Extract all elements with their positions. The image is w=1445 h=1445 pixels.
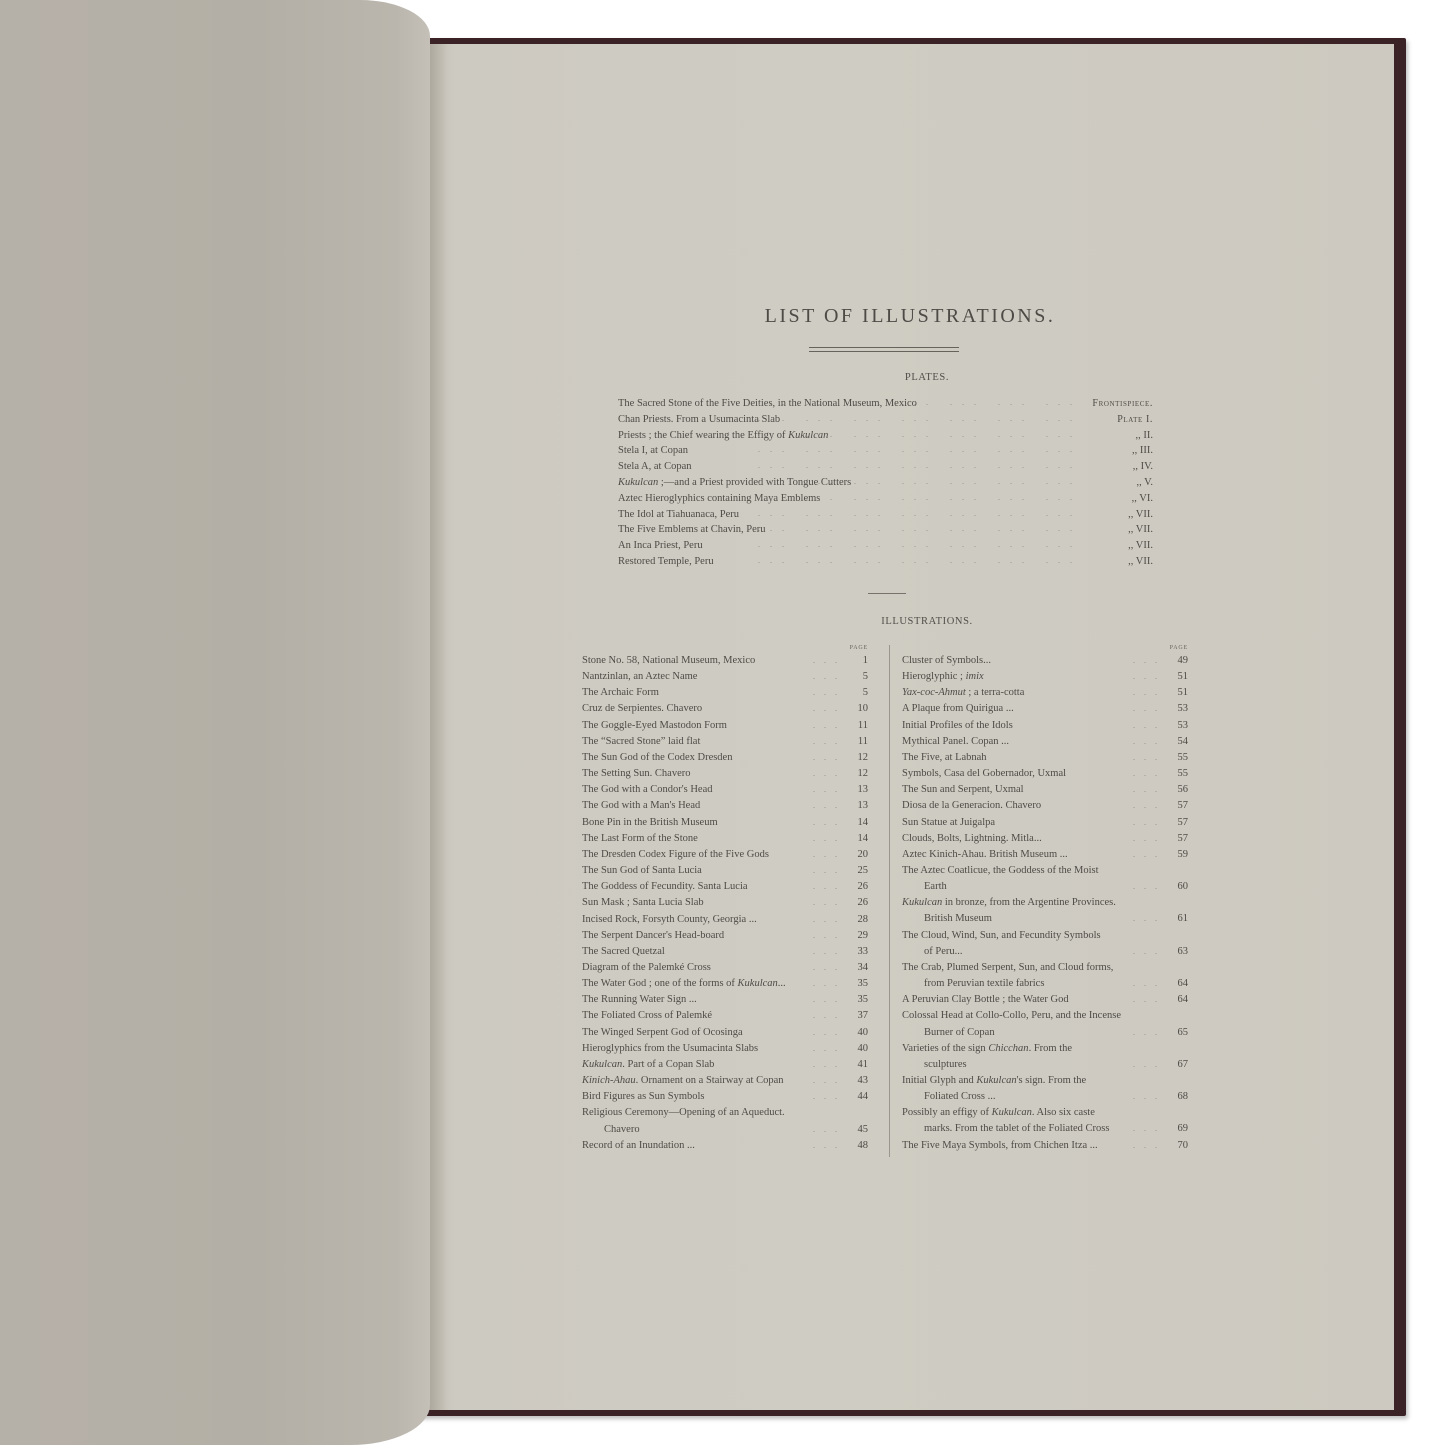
- entry-title-text: Diosa de la Generacion. Chavero: [902, 800, 1041, 811]
- entry-title-text: Hieroglyphic ;: [902, 671, 966, 682]
- illustration-title: The Serpent Dancer's Head-board: [582, 928, 724, 944]
- illustration-entry: Varieties of the sign Chicchan. From the…: [902, 1041, 1188, 1073]
- plates-list: The Sacred Stone of the Five Deities, in…: [618, 398, 1153, 572]
- plate-entry: The Sacred Stone of the Five Deities, in…: [618, 398, 1153, 414]
- illustration-entry: Clouds, Bolts, Lightning. Mitla......57: [902, 831, 1188, 847]
- illustration-entry: Bird Figures as Sun Symbols...44: [582, 1089, 868, 1105]
- leader-dots: ...: [813, 782, 846, 798]
- leader-dots: ...: [1133, 766, 1166, 782]
- entry-title-text: Nantzinlan, an Aztec Name: [582, 671, 697, 682]
- page-column-label: PAGE: [850, 645, 868, 651]
- illustration-title: Cluster of Symbols...: [902, 653, 991, 669]
- entry-title-text: The Sacred Quetzal: [582, 946, 665, 957]
- entry-title-text: Sun Mask ; Santa Lucia Slab: [582, 897, 704, 908]
- page-number: 34: [858, 960, 869, 976]
- entry-title-text: The Five, at Labnah: [902, 752, 987, 763]
- entry-title-text: Mythical Panel. Copan ...: [902, 736, 1009, 747]
- page-number: 65: [1178, 1025, 1189, 1041]
- illustration-title: Colossal Head at Collo-Collo, Peru, and …: [902, 1008, 1121, 1024]
- illustration-entry: Stone No. 58, National Museum, Mexico...…: [582, 653, 868, 669]
- entry-title-italic: Kukulcan: [582, 1059, 622, 1070]
- plate-entry: The Five Emblems at Chavin, Peru... ... …: [618, 524, 1153, 540]
- illustration-title: Cruz de Serpientes. Chavero: [582, 701, 702, 717]
- illustration-title: The Setting Sun. Chavero: [582, 766, 691, 782]
- leader-dots: ...: [813, 976, 846, 992]
- plate-entry: An Inca Priest, Peru... ... ... ... ... …: [618, 540, 1153, 556]
- entry-title-italic: imix: [966, 671, 984, 682]
- leader-dots: ... ... ... ... ... ... ... ... ...: [758, 430, 1083, 439]
- page-number: 11: [858, 734, 868, 750]
- illustration-title: The Dresden Codex Figure of the Five God…: [582, 847, 769, 863]
- page-number: 53: [1178, 718, 1189, 734]
- page-number: 64: [1178, 992, 1189, 1008]
- illustration-title: The God with a Man's Head: [582, 798, 700, 814]
- illustration-title: Stone No. 58, National Museum, Mexico: [582, 653, 755, 669]
- leader-dots: ...: [813, 1008, 846, 1024]
- illustration-entry: The Running Water Sign ......35: [582, 992, 868, 1008]
- entry-title-text: The Foliated Cross of Palemké: [582, 1010, 712, 1021]
- page-number: 14: [858, 815, 869, 831]
- page-number: 55: [1178, 766, 1189, 782]
- entry-title-text: The Last Form of the Stone: [582, 833, 698, 844]
- illustration-title: The Winged Serpent God of Ocosinga: [582, 1025, 743, 1041]
- leader-dots: ... ... ... ... ... ... ... ... ...: [758, 461, 1083, 470]
- plate-title: Restored Temple, Peru: [618, 556, 714, 567]
- plate-reference: Plate I.: [1117, 414, 1153, 425]
- entry-title-text: Clouds, Bolts, Lightning. Mitla...: [902, 833, 1042, 844]
- entry-title-text: The Dresden Codex Figure of the Five God…: [582, 849, 769, 860]
- illustration-entry: Religious Ceremony—Opening of an Aqueduc…: [582, 1105, 868, 1137]
- plate-entry: Aztec Hieroglyphics containing Maya Embl…: [618, 493, 1153, 509]
- illustration-entry: Bone Pin in the British Museum...14: [582, 815, 868, 831]
- illustration-title: Yax-coc-Ahmut ; a terra-cotta: [902, 685, 1024, 701]
- illustration-title: Mythical Panel. Copan ...: [902, 734, 1009, 750]
- page-number: 56: [1178, 782, 1189, 798]
- leader-dots: ...: [1133, 831, 1166, 847]
- page-number: 60: [1178, 879, 1189, 895]
- page-number: 43: [858, 1073, 869, 1089]
- page-number: 37: [858, 1008, 869, 1024]
- page-number: 49: [1178, 653, 1189, 669]
- illustration-entry: The Goddess of Fecundity. Santa Lucia...…: [582, 879, 868, 895]
- entry-title-text: in bronze, from the Argentine Provinces.: [942, 897, 1116, 908]
- page-number: 45: [858, 1122, 869, 1138]
- entry-title-text: Stela A, at Copan: [618, 461, 692, 472]
- illustration-title: Sun Statue at Juigalpa: [902, 815, 995, 831]
- entry-title-text: Chan Priests. From a Usumacinta Slab: [618, 414, 780, 425]
- leader-dots: ...: [1133, 815, 1166, 831]
- illustration-entry: The Dresden Codex Figure of the Five God…: [582, 847, 868, 863]
- illustration-entry: Nantzinlan, an Aztec Name...5: [582, 669, 868, 685]
- entry-title-text: Initial Profiles of the Idols: [902, 720, 1013, 731]
- entry-title-text: The Serpent Dancer's Head-board: [582, 930, 724, 941]
- entry-title-italic: Kukulcan: [738, 978, 778, 989]
- leader-dots: ...: [813, 1138, 846, 1154]
- page-number: 70: [1178, 1138, 1189, 1154]
- entry-title-italic: Kukulcan: [992, 1107, 1032, 1118]
- leader-dots: ...: [1133, 1138, 1166, 1154]
- entry-title-text: The Water God ; one of the forms of: [582, 978, 738, 989]
- illustration-title: The Goggle-Eyed Mastodon Form: [582, 718, 727, 734]
- entry-title-text: Sun Statue at Juigalpa: [902, 817, 995, 828]
- illustration-entry: Cruz de Serpientes. Chavero...10: [582, 701, 868, 717]
- entry-title-text: The Sun God of Santa Lucia: [582, 865, 702, 876]
- leader-dots: ...: [813, 685, 846, 701]
- entry-title-italic: Kukulcan: [976, 1075, 1016, 1086]
- plate-entry: Priests ; the Chief wearing the Effigy o…: [618, 430, 1153, 446]
- illustration-entry: Initial Profiles of the Idols...53: [902, 718, 1188, 734]
- leader-dots: ...: [813, 847, 846, 863]
- illustration-entry: Yax-coc-Ahmut ; a terra-cotta...51: [902, 685, 1188, 701]
- leader-dots: ...: [813, 831, 846, 847]
- illustration-title: The Water God ; one of the forms of Kuku…: [582, 976, 786, 992]
- illustration-title: Initial Profiles of the Idols: [902, 718, 1013, 734]
- entry-title-text: The Idol at Tiahuanaca, Peru: [618, 509, 739, 520]
- illustration-title: Kinich-Ahau. Ornament on a Stairway at C…: [582, 1073, 784, 1089]
- illustration-title: A Plaque from Quirigua ...: [902, 701, 1014, 717]
- leader-dots: ...: [813, 766, 846, 782]
- plate-entry: Stela I, at Copan... ... ... ... ... ...…: [618, 445, 1153, 461]
- illustration-entry: The Crab, Plumed Serpent, Sun, and Cloud…: [902, 960, 1188, 992]
- entry-title-text: Bird Figures as Sun Symbols: [582, 1091, 705, 1102]
- entry-title-text: Incised Rock, Forsyth County, Georgia ..…: [582, 914, 757, 925]
- illustration-title: The Five Maya Symbols, from Chichen Itza…: [902, 1138, 1098, 1154]
- page-number: 54: [1178, 734, 1189, 750]
- plates-heading: PLATES.: [443, 372, 1411, 383]
- page-number: 63: [1178, 944, 1189, 960]
- leader-dots: ...: [813, 1025, 846, 1041]
- page-number: 55: [1178, 750, 1189, 766]
- plate-reference: ,, IV.: [1133, 461, 1153, 472]
- illustration-entry: The Five, at Labnah...55: [902, 750, 1188, 766]
- illustration-title: The Foliated Cross of Palemké: [582, 1008, 712, 1024]
- page-number: 51: [1178, 685, 1189, 701]
- leader-dots: ... ... ... ... ... ... ... ... ...: [758, 493, 1083, 502]
- illustration-title: The Last Form of the Stone: [582, 831, 698, 847]
- plate-reference: Frontispiece.: [1092, 398, 1153, 409]
- entry-title-text: An Inca Priest, Peru: [618, 540, 703, 551]
- entry-title-text: The Archaic Form: [582, 687, 659, 698]
- leader-dots: ... ... ... ... ... ... ... ... ...: [758, 445, 1083, 454]
- illustration-entry: The “Sacred Stone” laid flat...11: [582, 734, 868, 750]
- illustration-entry: The Sun and Serpent, Uxmal...56: [902, 782, 1188, 798]
- illustration-title: Aztec Kinich-Ahau. British Museum ...: [902, 847, 1068, 863]
- page-number: 35: [858, 976, 869, 992]
- entry-title-text: Stela I, at Copan: [618, 445, 688, 456]
- leader-dots: ...: [813, 653, 846, 669]
- page-number: 57: [1178, 798, 1189, 814]
- illustration-entry: The Foliated Cross of Palemké...37: [582, 1008, 868, 1024]
- illustration-entry: The Winged Serpent God of Ocosinga...40: [582, 1025, 868, 1041]
- illustration-entry: The God with a Man's Head...13: [582, 798, 868, 814]
- page-number: 13: [858, 798, 869, 814]
- illustration-title: The Five, at Labnah: [902, 750, 987, 766]
- illustration-entry: The Sun God of the Codex Dresden...12: [582, 750, 868, 766]
- illustration-entry: The Archaic Form...5: [582, 685, 868, 701]
- entry-title-text: The Crab, Plumed Serpent, Sun, and Cloud…: [902, 962, 1113, 973]
- page-number: 1: [863, 653, 868, 669]
- page-number: 35: [858, 992, 869, 1008]
- illustration-entry: The Water God ; one of the forms of Kuku…: [582, 976, 868, 992]
- entry-title-text: . From the: [1029, 1043, 1072, 1054]
- plate-reference: ,, VI.: [1132, 493, 1153, 504]
- illustration-title: The Crab, Plumed Serpent, Sun, and Cloud…: [902, 960, 1113, 976]
- leader-dots: ...: [1133, 669, 1166, 685]
- leader-dots: ...: [813, 1089, 846, 1105]
- page-number: 10: [858, 701, 869, 717]
- entry-title-italic: Chicchan: [988, 1043, 1028, 1054]
- page-number: 67: [1178, 1057, 1189, 1073]
- illustration-entry: Aztec Kinich-Ahau. British Museum ......…: [902, 847, 1188, 863]
- entry-title-text: 's sign. From the: [1017, 1075, 1087, 1086]
- entry-title-text: The Running Water Sign ...: [582, 994, 697, 1005]
- page-number: 57: [1178, 831, 1189, 847]
- page-title: LIST OF ILLUSTRATIONS.: [426, 305, 1394, 328]
- leader-dots: ...: [813, 1122, 846, 1138]
- illustration-title: Initial Glyph and Kukulcan's sign. From …: [902, 1073, 1086, 1089]
- leader-dots: ...: [1133, 750, 1166, 766]
- page-column-label: PAGE: [1170, 645, 1188, 651]
- entry-title-text: The God with a Man's Head: [582, 800, 700, 811]
- leader-dots: ...: [1133, 798, 1166, 814]
- illustration-entry: Kinich-Ahau. Ornament on a Stairway at C…: [582, 1073, 868, 1089]
- illustration-title: Varieties of the sign Chicchan. From the: [902, 1041, 1072, 1057]
- entry-title-text: The Goggle-Eyed Mastodon Form: [582, 720, 727, 731]
- illustration-title: The Aztec Coatlicue, the Goddess of the …: [902, 863, 1099, 879]
- illustration-entry: Initial Glyph and Kukulcan's sign. From …: [902, 1073, 1188, 1105]
- leader-dots: ...: [813, 1073, 846, 1089]
- page-number: 33: [858, 944, 869, 960]
- illustration-entry: Mythical Panel. Copan ......54: [902, 734, 1188, 750]
- entry-title-text: Initial Glyph and: [902, 1075, 976, 1086]
- leader-dots: ...: [813, 879, 846, 895]
- entry-title-text: Hieroglyphics from the Usumacinta Slabs: [582, 1043, 758, 1054]
- illustration-entry: Colossal Head at Collo-Collo, Peru, and …: [902, 1008, 1188, 1040]
- plate-reference: ,, VII.: [1128, 540, 1153, 551]
- entry-title-text: Possibly an effigy of: [902, 1107, 992, 1118]
- illustration-title: Record of an Inundation ...: [582, 1138, 695, 1154]
- entry-title-italic: Yax-coc-Ahmut: [902, 687, 966, 698]
- entry-title-text: The God with a Condor's Head: [582, 784, 713, 795]
- right-rows: Cluster of Symbols......49Hieroglyphic ;…: [902, 653, 1188, 1154]
- leader-dots: ...: [813, 669, 846, 685]
- leader-dots: ...: [1133, 1121, 1166, 1137]
- leader-dots: ...: [1133, 701, 1166, 717]
- left-rows: Stone No. 58, National Museum, Mexico...…: [582, 653, 868, 1154]
- illustration-entry: The Setting Sun. Chavero...12: [582, 766, 868, 782]
- illustration-entry: Symbols, Casa del Gobernador, Uxmal...55: [902, 766, 1188, 782]
- entry-title-text: A Plaque from Quirigua ...: [902, 703, 1014, 714]
- page-number: 68: [1178, 1089, 1189, 1105]
- illustration-title: Possibly an effigy of Kukulcan. Also six…: [902, 1105, 1095, 1121]
- leader-dots: ...: [813, 815, 846, 831]
- illustration-entry: The Aztec Coatlicue, the Goddess of the …: [902, 863, 1188, 895]
- illustration-entry: The Sun God of Santa Lucia...25: [582, 863, 868, 879]
- page-number: 5: [863, 685, 868, 701]
- plate-title: Chan Priests. From a Usumacinta Slab: [618, 414, 780, 425]
- illustration-title: The God with a Condor's Head: [582, 782, 713, 798]
- illustration-entry: Diagram of the Palemké Cross...34: [582, 960, 868, 976]
- plate-title: Stela I, at Copan: [618, 445, 688, 456]
- leader-dots: ...: [1133, 1057, 1166, 1073]
- page-number: 59: [1178, 847, 1189, 863]
- leader-dots: ... ... ... ... ... ... ... ... ...: [758, 398, 1083, 407]
- page-number: 28: [858, 912, 869, 928]
- illustration-title: A Peruvian Clay Bottle ; the Water God: [902, 992, 1069, 1008]
- leader-dots: ...: [1133, 976, 1166, 992]
- title-double-rule: [809, 347, 959, 352]
- entry-title-text: Cluster of Symbols...: [902, 655, 991, 666]
- page-number: 26: [858, 879, 869, 895]
- leader-dots: ...: [813, 895, 846, 911]
- leader-dots: ... ... ... ... ... ... ... ... ...: [758, 477, 1083, 486]
- page-number: 26: [858, 895, 869, 911]
- leader-dots: ...: [813, 1057, 846, 1073]
- leader-dots: ...: [813, 734, 846, 750]
- entry-title-text: The Goddess of Fecundity. Santa Lucia: [582, 881, 748, 892]
- illustration-title: Diagram of the Palemké Cross: [582, 960, 711, 976]
- illustration-entry: The Cloud, Wind, Sun, and Fecundity Symb…: [902, 928, 1188, 960]
- leader-dots: ... ... ... ... ... ... ... ... ...: [758, 540, 1083, 549]
- page-number: 41: [858, 1057, 869, 1073]
- illustration-entry: The Five Maya Symbols, from Chichen Itza…: [902, 1138, 1188, 1154]
- leader-dots: ...: [813, 701, 846, 717]
- illustration-title: Diosa de la Generacion. Chavero: [902, 798, 1041, 814]
- leader-dots: ...: [813, 798, 846, 814]
- illustration-title: Hieroglyphic ; imix: [902, 669, 984, 685]
- illustration-title: The Sun and Serpent, Uxmal: [902, 782, 1024, 798]
- plate-entry: Stela A, at Copan... ... ... ... ... ...…: [618, 461, 1153, 477]
- leader-dots: ...: [813, 718, 846, 734]
- entry-title-text: ...: [778, 978, 786, 989]
- illustration-entry: Kukulcan. Part of a Copan Slab...41: [582, 1057, 868, 1073]
- page-number: 61: [1178, 911, 1189, 927]
- plate-reference: ,, VII.: [1128, 556, 1153, 567]
- plate-title: Stela A, at Copan: [618, 461, 692, 472]
- leader-dots: ...: [1133, 879, 1166, 895]
- leader-dots: ...: [1133, 992, 1166, 1008]
- entry-title-text: Colossal Head at Collo-Collo, Peru, and …: [902, 1010, 1121, 1021]
- plate-entry: Chan Priests. From a Usumacinta Slab... …: [618, 414, 1153, 430]
- entry-title-text: Diagram of the Palemké Cross: [582, 962, 711, 973]
- entry-title-text: The Sun God of the Codex Dresden: [582, 752, 732, 763]
- illustration-entry: The Last Form of the Stone...14: [582, 831, 868, 847]
- plate-reference: ,, VII.: [1128, 524, 1153, 535]
- illustration-title: The Sacred Quetzal: [582, 944, 665, 960]
- illustration-title: The Running Water Sign ...: [582, 992, 697, 1008]
- leader-dots: ...: [1133, 944, 1166, 960]
- illustration-title: Hieroglyphics from the Usumacinta Slabs: [582, 1041, 758, 1057]
- plate-reference: ,, III.: [1132, 445, 1153, 456]
- leader-dots: ...: [1133, 1025, 1166, 1041]
- illustration-entry: Incised Rock, Forsyth County, Georgia ..…: [582, 912, 868, 928]
- leader-dots: ...: [1133, 653, 1166, 669]
- plate-entry: Kukulcan ;—and a Priest provided with To…: [618, 477, 1153, 493]
- illustration-title: Sun Mask ; Santa Lucia Slab: [582, 895, 704, 911]
- page-number: 64: [1178, 976, 1189, 992]
- page-number: 69: [1178, 1121, 1189, 1137]
- entry-title-text: The Five Maya Symbols, from Chichen Itza…: [902, 1140, 1098, 1151]
- entry-title-text: The Five Emblems at Chavin, Peru: [618, 524, 766, 535]
- illustration-entry: The Goggle-Eyed Mastodon Form...11: [582, 718, 868, 734]
- leader-dots: ...: [813, 960, 846, 976]
- leader-dots: ...: [1133, 847, 1166, 863]
- leader-dots: ...: [1133, 718, 1166, 734]
- plate-reference: ,, II.: [1136, 430, 1154, 441]
- entry-title-text: Bone Pin in the British Museum: [582, 817, 718, 828]
- entry-title-text: ; a terra-cotta: [966, 687, 1025, 698]
- page-number: 51: [1178, 669, 1189, 685]
- leader-dots: ...: [813, 912, 846, 928]
- leader-dots: ... ... ... ... ... ... ... ... ...: [758, 509, 1083, 518]
- illustration-entry: A Plaque from Quirigua ......53: [902, 701, 1188, 717]
- leader-dots: ...: [1133, 734, 1166, 750]
- leader-dots: ...: [1133, 685, 1166, 701]
- leader-dots: ...: [813, 992, 846, 1008]
- illustration-title: Bird Figures as Sun Symbols: [582, 1089, 705, 1105]
- page-number: 53: [1178, 701, 1189, 717]
- entry-title-text: The Aztec Coatlicue, the Goddess of the …: [902, 865, 1099, 876]
- entry-title-text: . Ornament on a Stairway at Copan: [636, 1075, 784, 1086]
- leader-dots: ...: [1133, 911, 1166, 927]
- page-number: 14: [858, 831, 869, 847]
- illustrations-heading: ILLUSTRATIONS.: [443, 616, 1411, 627]
- entry-title-text: Restored Temple, Peru: [618, 556, 714, 567]
- illustration-title: The Sun God of Santa Lucia: [582, 863, 702, 879]
- entry-title-text: Record of an Inundation ...: [582, 1140, 695, 1151]
- page-number: 57: [1178, 815, 1189, 831]
- page-number: 44: [858, 1089, 869, 1105]
- illustration-entry: Diosa de la Generacion. Chavero...57: [902, 798, 1188, 814]
- illustration-entry: Sun Mask ; Santa Lucia Slab...26: [582, 895, 868, 911]
- leader-dots: ...: [813, 944, 846, 960]
- leader-dots: ... ... ... ... ... ... ... ... ...: [758, 524, 1083, 533]
- illustration-entry: A Peruvian Clay Bottle ; the Water God..…: [902, 992, 1188, 1008]
- entry-title-text: Symbols, Casa del Gobernador, Uxmal: [902, 768, 1066, 779]
- plate-reference: ,, V.: [1136, 477, 1153, 488]
- illustration-entry: Hieroglyphics from the Usumacinta Slabs.…: [582, 1041, 868, 1057]
- page-number: 40: [858, 1025, 869, 1041]
- illustration-entry: Cluster of Symbols......49: [902, 653, 1188, 669]
- page-number: 11: [858, 718, 868, 734]
- entry-title-text: The “Sacred Stone” laid flat: [582, 736, 700, 747]
- illustration-title: The Cloud, Wind, Sun, and Fecundity Symb…: [902, 928, 1101, 944]
- plate-title: The Idol at Tiahuanaca, Peru: [618, 509, 739, 520]
- illustration-title: Nantzinlan, an Aztec Name: [582, 669, 697, 685]
- illustration-title: Bone Pin in the British Museum: [582, 815, 718, 831]
- illustration-title: Clouds, Bolts, Lightning. Mitla...: [902, 831, 1042, 847]
- plate-entry: Restored Temple, Peru... ... ... ... ...…: [618, 556, 1153, 572]
- page-number: 29: [858, 928, 869, 944]
- leader-dots: ...: [813, 1041, 846, 1057]
- page-number: 25: [858, 863, 869, 879]
- entry-title-italic: Kinich-Ahau: [582, 1075, 636, 1086]
- illustration-entry: The God with a Condor's Head...13: [582, 782, 868, 798]
- entry-title-text: . Part of a Copan Slab: [622, 1059, 714, 1070]
- entry-title-text: Aztec Kinich-Ahau. British Museum ...: [902, 849, 1068, 860]
- entry-title-text: The Sun and Serpent, Uxmal: [902, 784, 1024, 795]
- page-number: 40: [858, 1041, 869, 1057]
- illustration-entry: Kukulcan in bronze, from the Argentine P…: [902, 895, 1188, 927]
- page-number: 5: [863, 669, 868, 685]
- entry-title-text: . Also six caste: [1032, 1107, 1095, 1118]
- leader-dots: ...: [813, 928, 846, 944]
- illustration-entry: The Sacred Quetzal...33: [582, 944, 868, 960]
- illustration-title: Incised Rock, Forsyth County, Georgia ..…: [582, 912, 757, 928]
- leader-dots: ...: [1133, 1089, 1166, 1105]
- illustration-entry: Hieroglyphic ; imix...51: [902, 669, 1188, 685]
- page-number: 48: [858, 1138, 869, 1154]
